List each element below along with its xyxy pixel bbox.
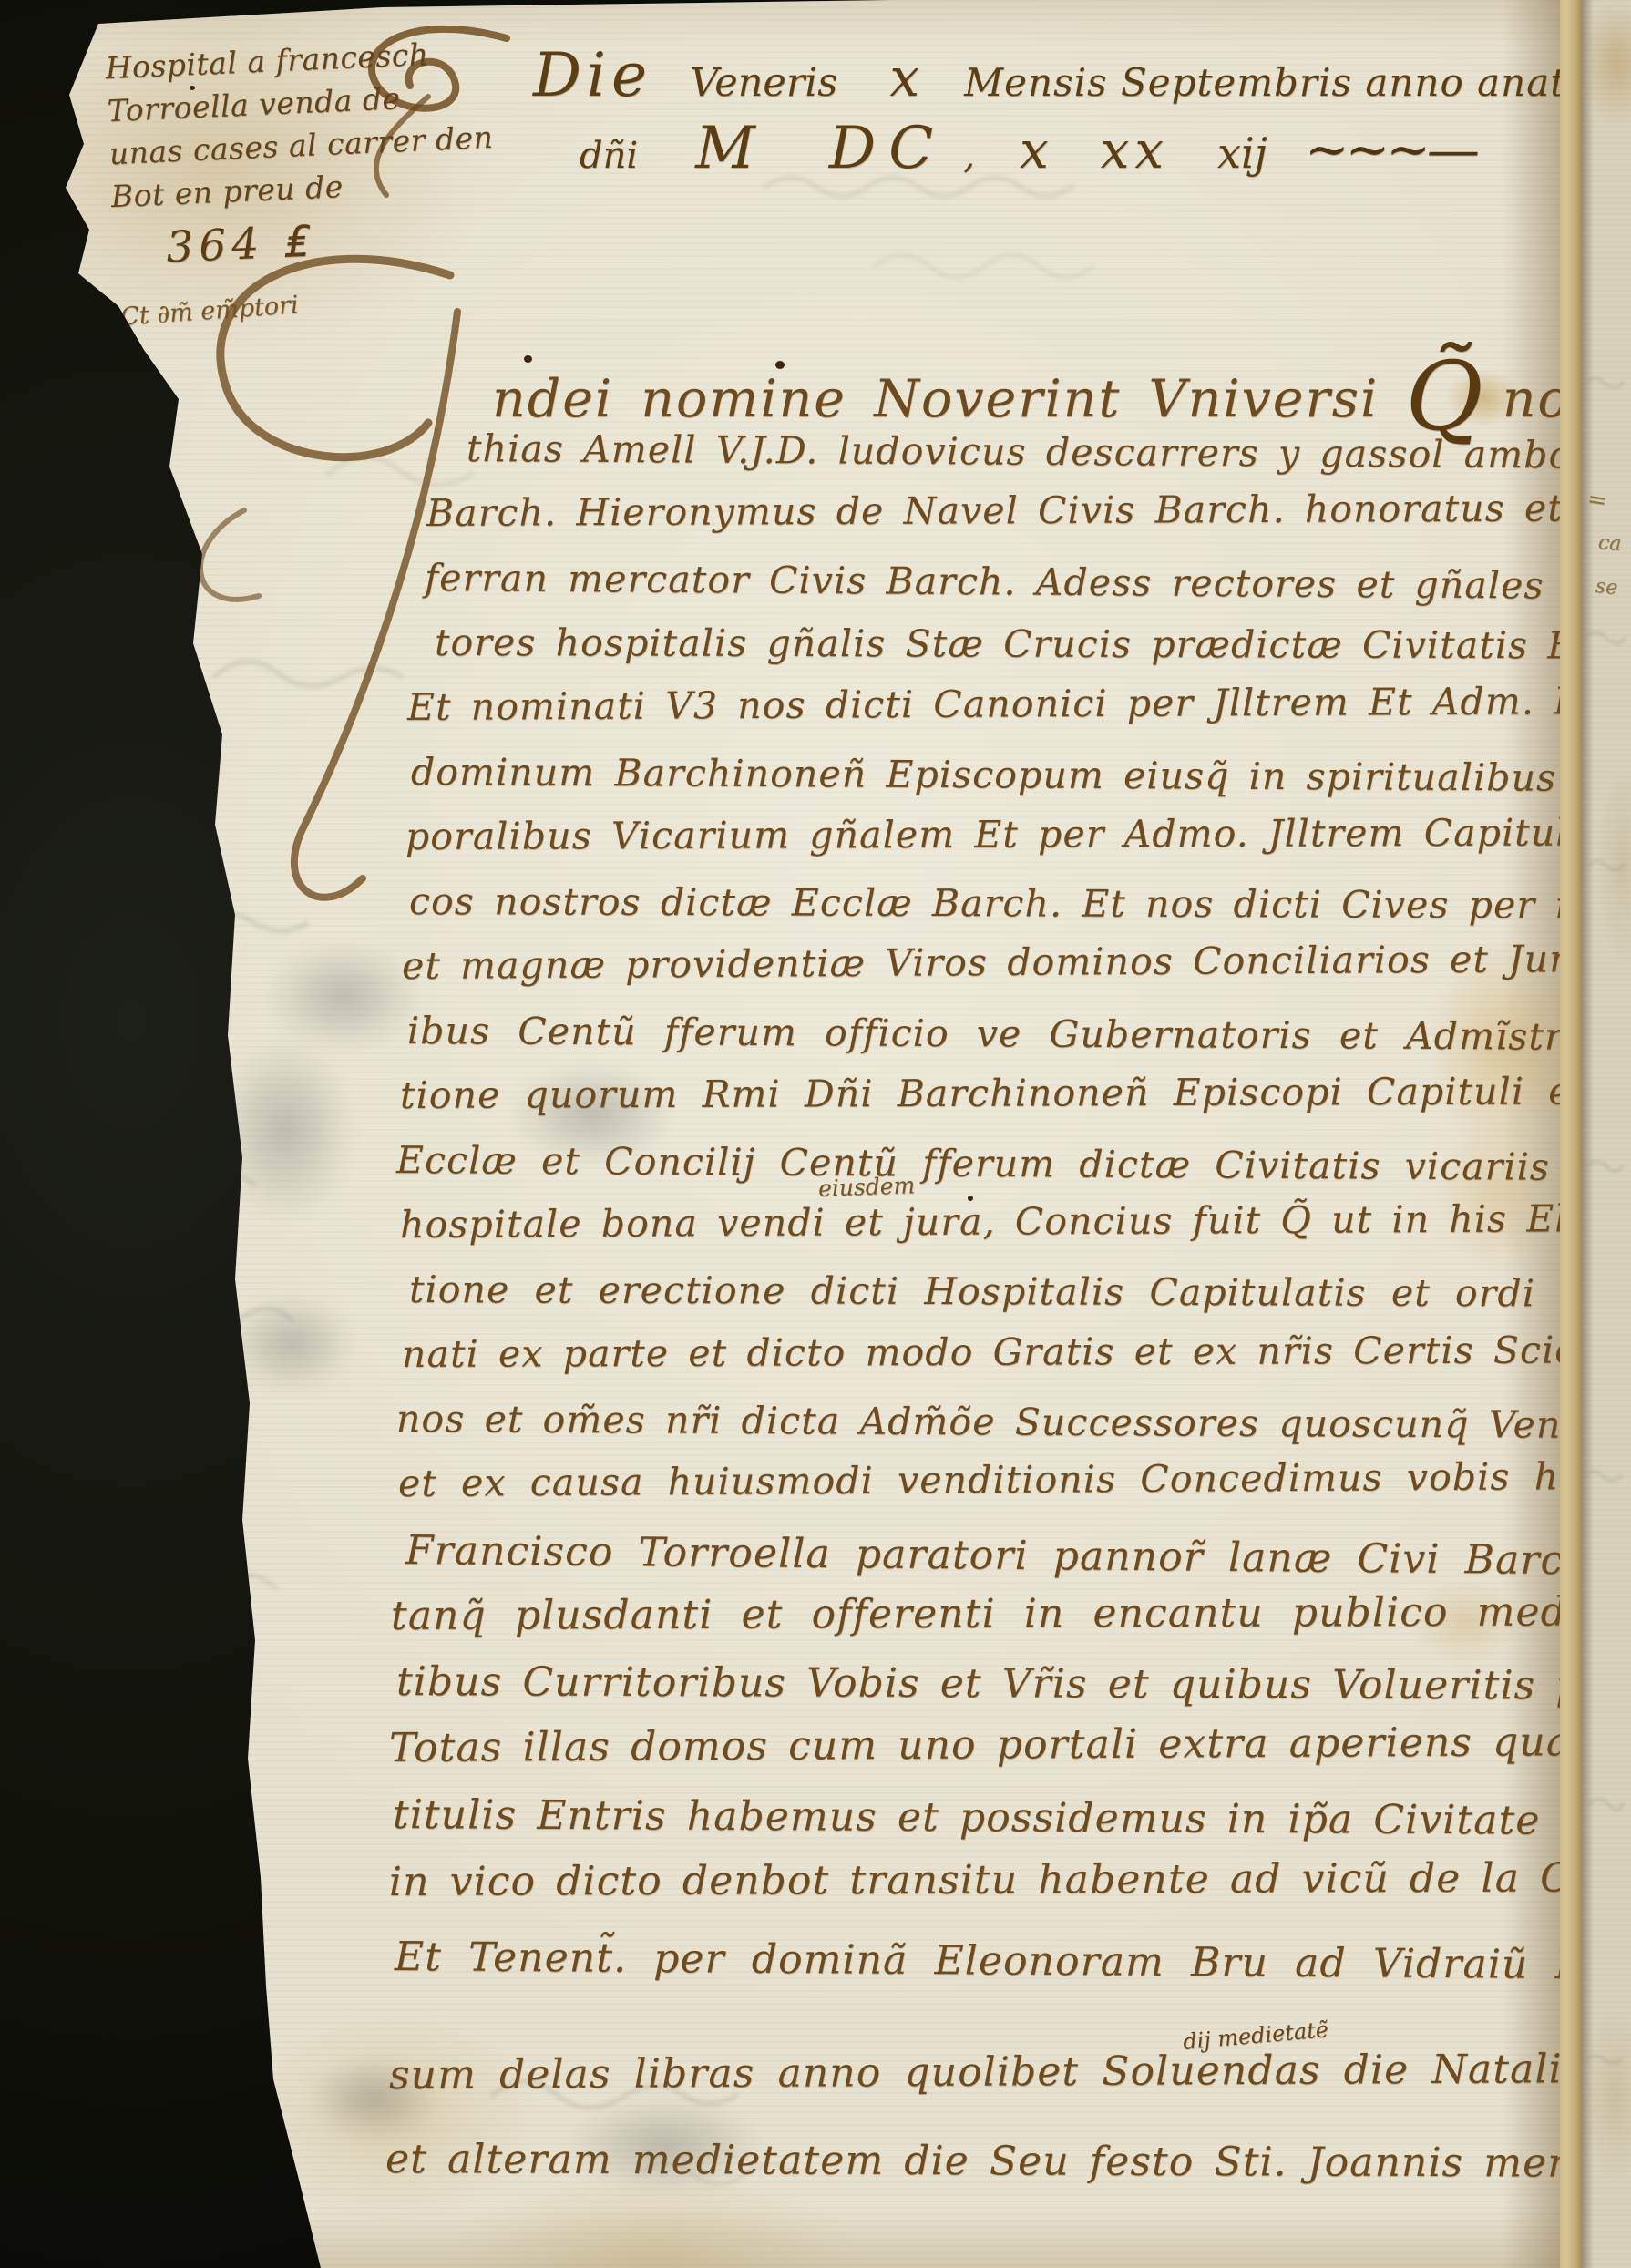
heading-word-rest: Mensis Septembris anno anatt. (964, 60, 1595, 105)
body-line: nos et om̃es nr̃i dicta Adm̃õe Successor… (396, 1397, 1631, 1447)
body-line: Totas illas domos cum uno portali extra … (389, 1718, 1631, 1771)
body-line: et alteram medietatem die Seu festo Sti.… (385, 2136, 1631, 2187)
body-line: Barch. Hieronymus de Navel Civis Barch. … (426, 486, 1631, 535)
manuscript-scan: = ca se (0, 0, 1631, 2268)
heading-word-x: x (889, 46, 919, 108)
body-line: thias Amell V.J.D. ludovicus descarrers … (467, 426, 1631, 478)
body-line: hospitale bona vendi et jura, Concius fu… (400, 1196, 1591, 1247)
body-line: titulis Entris habemus et possidemus in … (393, 1791, 1631, 1845)
body-line: Ecclæ et Concilij Centũ fferum dictæ Civ… (396, 1138, 1550, 1189)
initial-letter-flourish (221, 259, 450, 457)
heading-year-x1: x (1020, 121, 1049, 180)
body-line: nati ex parte et dicto modo Gratis et ex… (402, 1328, 1631, 1376)
next-page-mark: = (1585, 485, 1609, 515)
body-line: et magnæ providentiæ Viros dominos Conci… (402, 936, 1631, 988)
body-line: tores hospitalis gñalis Stæ Crucis prædi… (435, 621, 1631, 668)
body-line: tione et erectione dicti Hospitalis Capi… (409, 1267, 1535, 1315)
body-line: Et nominati V3 nos dicti Canonici per Jl… (407, 679, 1631, 729)
heading-year-line: dñi M DC , x xx xij ~~~— (580, 115, 1476, 182)
body-line: et ex causa huiusmodi venditionis Conced… (398, 1454, 1595, 1505)
heading-year-x3: xij (1217, 128, 1267, 178)
heading-word-veneris: Veneris (690, 60, 837, 106)
body-line: Et Tenent̃. per dominã Eleonoram Bru ad … (395, 1934, 1631, 1989)
body-line: dominum Barchinoneñ Episcopum eiusq̃ in … (411, 750, 1631, 800)
body-line: tanq̃ plusdanti et offerenti in encantu … (391, 1588, 1581, 1639)
heading-year-dni: dñi (580, 135, 638, 177)
next-page-mark: se (1595, 575, 1619, 600)
body-line1-text: ndei nomine Noverint Vniversi (492, 369, 1379, 429)
body-line: ferran mercator Civis Barch. Adess recto… (425, 556, 1631, 609)
heading-date-line: Die Veneris x Mensis Septembris anno ana… (533, 40, 1595, 110)
interlinear-insertion: eiusdem (818, 1172, 916, 1202)
heading-year-x2: xx (1101, 121, 1169, 180)
body-line: ibus Centũ fferum officio ve Gubernatori… (407, 1009, 1586, 1059)
heading-year-dc: DC (829, 115, 946, 182)
heading-year-m: M (695, 115, 764, 182)
body-line-first: ndei nomine Noverint Vniversi Q̃ nos Ma (492, 328, 1631, 439)
heading-word-die: Die (533, 40, 652, 110)
next-page-edge (1579, 0, 1631, 2268)
heading-year-flourish: ~~~— (1305, 118, 1476, 180)
body-line: tione quorum Rmi Dñi Barchinoneñ Episcop… (400, 1069, 1621, 1117)
body-line: cos nostros dictæ Ecclæ Barch. Et nos di… (409, 879, 1631, 929)
body-line: in vico dicto denbot transitu habente ad… (389, 1854, 1631, 1905)
body-line: poralibus Vicarium gñalem Et per Admo. J… (405, 809, 1631, 858)
next-page-mark: ca (1597, 531, 1622, 556)
body-line: sum delas libras anno quolibet Soluendas… (389, 2046, 1631, 2099)
next-page-ghost-writing (1579, 0, 1631, 2268)
margin-note: Hospital a francesch Torroella venda de … (105, 30, 498, 275)
heading-year-comma: , (963, 135, 975, 177)
body-line: tibus Curritoribus Vobis et Vr̃is et qui… (396, 1658, 1631, 1709)
manuscript-page: Hospital a francesch Torroella venda de … (0, 0, 1560, 2268)
